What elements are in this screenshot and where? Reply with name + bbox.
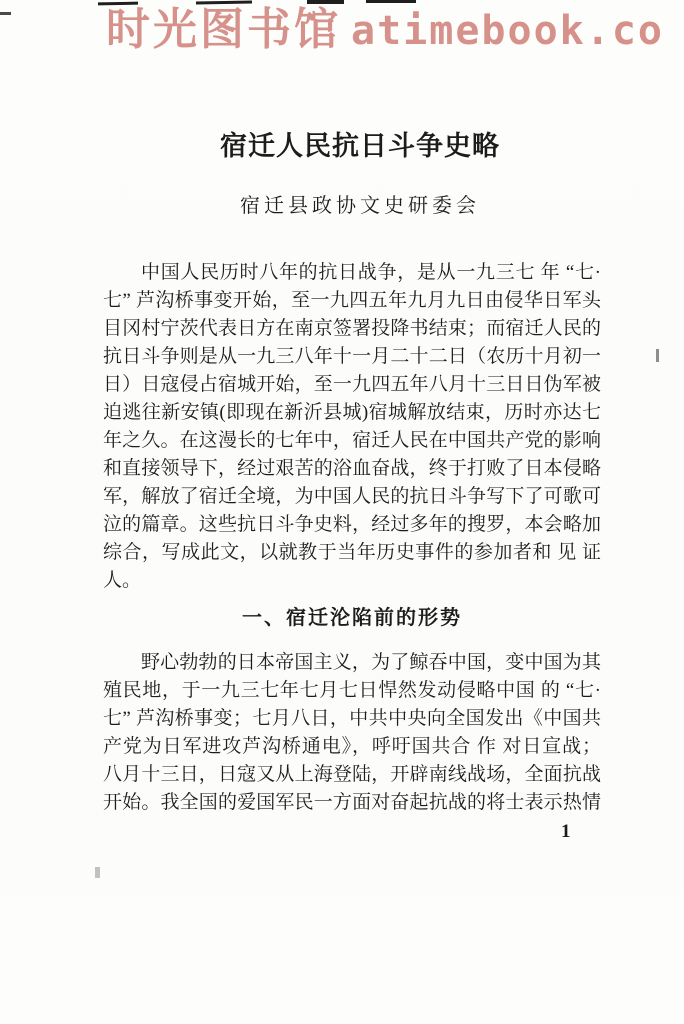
body-line: 年之久。在这漫长的七年中，宿迁人民在中国共产党的影响: [103, 427, 601, 455]
body-line: 七” 芦沟桥事变；七月八日，中共中央向全国发出《中国共: [103, 705, 601, 733]
scan-artifact-edge-mark: [0, 12, 11, 15]
scan-artifact-dash: [366, 0, 416, 3]
watermark-banner: 时光图书馆atimebook.co: [106, 4, 684, 62]
body-line: 中国人民历时八年的抗日战争，是从一九三七 年 “七·: [103, 259, 601, 287]
section-heading: 一、宿迁沦陷前的形势: [103, 604, 601, 632]
watermark-library-name: 时光图书馆: [106, 5, 341, 54]
body-line: 八月十三日，日寇又从上海登陆，开辟南线战场，全面抗战: [103, 761, 601, 789]
article-byline: 宿迁县政协文史研委会: [36, 189, 684, 218]
body-line: 产党为日军进攻芦沟桥通电》，呼吁国共合 作 对日宣战；: [103, 733, 601, 761]
body-line: 日）日寇侵占宿城开始，至一九四五年八月十三日日伪军被: [103, 371, 601, 399]
body-line: 综合，写成此文，以就教于当年历史事件的参加者和 见 证: [103, 539, 601, 567]
body-line: 军，解放了宿迁全境，为中国人民的抗日斗争写下了可歌可: [103, 483, 601, 511]
body-line: 目冈村宁茨代表日方在南京签署投降书结束；而宿迁人民的: [103, 315, 601, 343]
body-line: 开始。我全国的爱国军民一方面对奋起抗战的将士表示热情: [103, 789, 601, 817]
body-line: 七” 芦沟桥事变开始，至一九四五年九月九日由侵华日军头: [103, 287, 601, 315]
scan-artifact-tick: [656, 349, 659, 362]
scanned-book-page: 时光图书馆atimebook.co 宿迁人民抗日斗争史略 宿迁县政协文史研委会 …: [0, 0, 684, 1024]
article-body: 中国人民历时八年的抗日战争，是从一九三七 年 “七· 七” 芦沟桥事变开始，至一…: [103, 259, 601, 817]
body-line: 抗日斗争则是从一九三八年十一月二十二日（农历十月初一: [103, 343, 601, 371]
watermark-site-name: atimebook.co: [351, 8, 664, 54]
article-title: 宿迁人民抗日斗争史略: [36, 124, 684, 163]
body-line: 迫逃往新安镇(即现在新沂县城)宿城解放结束，历时亦达七: [103, 399, 601, 427]
scan-artifact-smudge: [95, 867, 100, 878]
page-number: 1: [561, 821, 571, 843]
body-line: 和直接领导下，经过艰苦的浴血奋战，终于打败了日本侵略: [103, 455, 601, 483]
body-line: 人。: [103, 567, 601, 595]
body-line: 殖民地，于一九三七年七月七日悍然发动侵略中国 的 “七·: [103, 677, 601, 705]
body-line: 泣的篇章。这些抗日斗争史料，经过多年的搜罗，本会略加: [103, 511, 601, 539]
body-line: 野心勃勃的日本帝国主义，为了鲸吞中国，变中国为其: [103, 649, 601, 677]
